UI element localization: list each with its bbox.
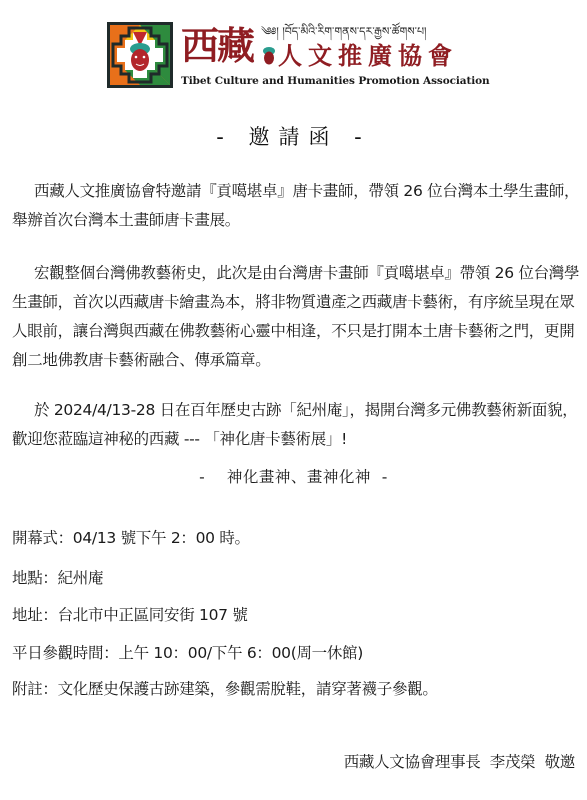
exhibition-paragraph-text: 於 2024/4/13-28 日在百年歷史古跡「紀州庵」，揭開台灣多元佛教藝術新…: [12, 401, 578, 448]
mandala-emblem-icon: [107, 22, 173, 88]
logo-title-english: Tibet Culture and Humanities Promotion A…: [181, 75, 490, 87]
invitation-title: - 邀請函 -: [0, 121, 587, 151]
deity-head-icon: [262, 46, 276, 66]
intro-paragraph-text: 西藏人文推廣協會特邀請『貢噶堪卓』唐卡畫師，帶領 26 位台灣本土學生畫師，舉辦…: [12, 182, 579, 229]
logo-title-tibet: 西藏: [181, 24, 253, 68]
logo-title-chinese: 人文推廣協會: [278, 42, 458, 70]
history-paragraph: 宏觀整個台灣佛教藝術史，此次是由台灣唐卡畫師『貢噶堪卓』帶領 26 位台灣學生畫…: [12, 259, 580, 375]
history-paragraph-text: 宏觀整個台灣佛教藝術史，此次是由台灣唐卡畫師『貢噶堪卓』帶領 26 位台灣學生畫…: [12, 264, 579, 369]
venue: 地點：紀州庵: [12, 566, 103, 588]
association-logo: 西藏 ༄༅། །བོད་མིའི་རིག་གནས་དར་རྒྱས་ཚོགས་པ།…: [107, 22, 487, 94]
signature: 西藏人文協會理事長 李茂榮 敬邀: [344, 750, 575, 772]
exhibition-paragraph: 於 2024/4/13-28 日在百年歷史古跡「紀州庵」，揭開台灣多元佛教藝術新…: [12, 396, 580, 454]
logo-tibetan-script: ༄༅། །བོད་མིའི་རིག་གནས་དར་རྒྱས་ཚོགས་པ།: [261, 25, 426, 39]
note: 附註：文化歷史保護古跡建築，參觀需脫鞋，請穿著襪子參觀。: [12, 677, 438, 699]
visiting-hours: 平日參觀時間：上午 10：00/下午 6：00(周一休館): [12, 641, 363, 663]
opening-ceremony: 開幕式：04/13 號下午 2：00 時。: [12, 526, 250, 548]
motto: - 神化畫神、畫神化神 -: [0, 465, 587, 487]
address: 地址：台北市中正區同安街 107 號: [12, 603, 248, 625]
intro-paragraph: 西藏人文推廣協會特邀請『貢噶堪卓』唐卡畫師，帶領 26 位台灣本土學生畫師，舉辦…: [12, 177, 580, 235]
